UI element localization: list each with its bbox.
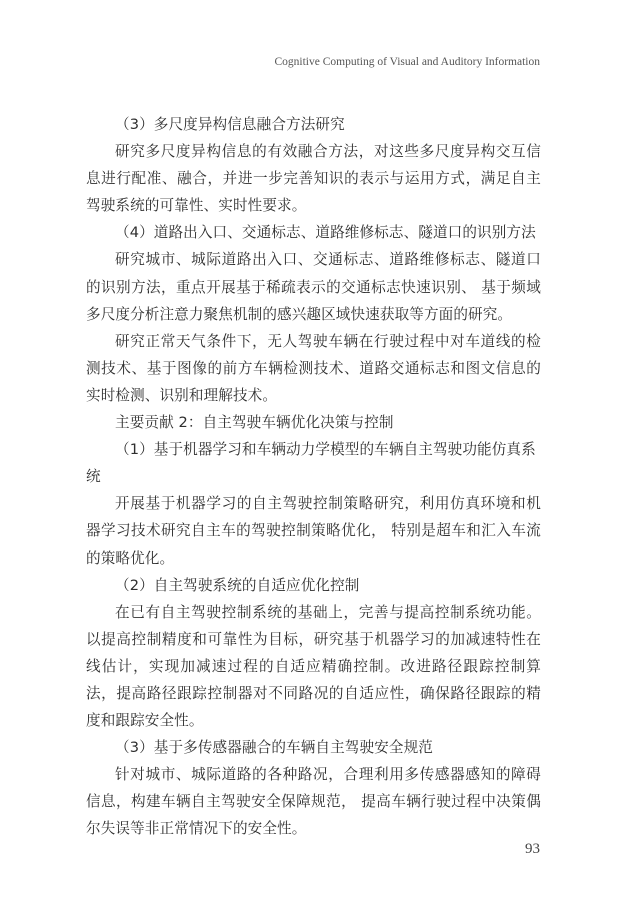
page-number: 93 [525, 841, 540, 858]
section-heading-simulation-system: （1）基于机器学习和车辆动力学模型的车辆自主驾驶功能仿真系统 [86, 436, 541, 490]
paragraph: 针对城市、城际道路的各种路况，合理利用多传感器感知的障碍信息，构建车辆自主驾驶安… [86, 761, 541, 842]
contribution-heading: 主要贡献 2：自主驾驶车辆优化决策与控制 [86, 409, 541, 436]
paragraph: 研究多尺度异构信息的有效融合方法，对这些多尺度异构交互信息进行配准、融合，并进一… [86, 138, 541, 219]
section-heading-safety-spec: （3）基于多传感器融合的车辆自主驾驶安全规范 [86, 734, 541, 761]
running-header: Cognitive Computing of Visual and Audito… [275, 56, 541, 68]
section-heading-road-sign-recognition: （4）道路出入口、交通标志、道路维修标志、隧道口的识别方法 [86, 219, 541, 246]
section-heading-adaptive-control: （2）自主驾驶系统的自适应优化控制 [86, 572, 541, 599]
paragraph: 研究城市、城际道路出入口、交通标志、道路维修标志、隧道口的识别方法，重点开展基于… [86, 246, 541, 327]
section-heading-multiscale-fusion: （3）多尺度异构信息融合方法研究 [86, 111, 541, 138]
page-body: （3）多尺度异构信息融合方法研究 研究多尺度异构信息的有效融合方法，对这些多尺度… [86, 111, 541, 843]
paragraph: 开展基于机器学习的自主驾驶控制策略研究，利用仿真环境和机器学习技术研究自主车的驾… [86, 490, 541, 571]
paragraph: 在已有自主驾驶控制系统的基础上，完善与提高控制系统功能。以提高控制精度和可靠性为… [86, 599, 541, 734]
paragraph: 研究正常天气条件下，无人驾驶车辆在行驶过程中对车道线的检测技术、基于图像的前方车… [86, 328, 541, 409]
